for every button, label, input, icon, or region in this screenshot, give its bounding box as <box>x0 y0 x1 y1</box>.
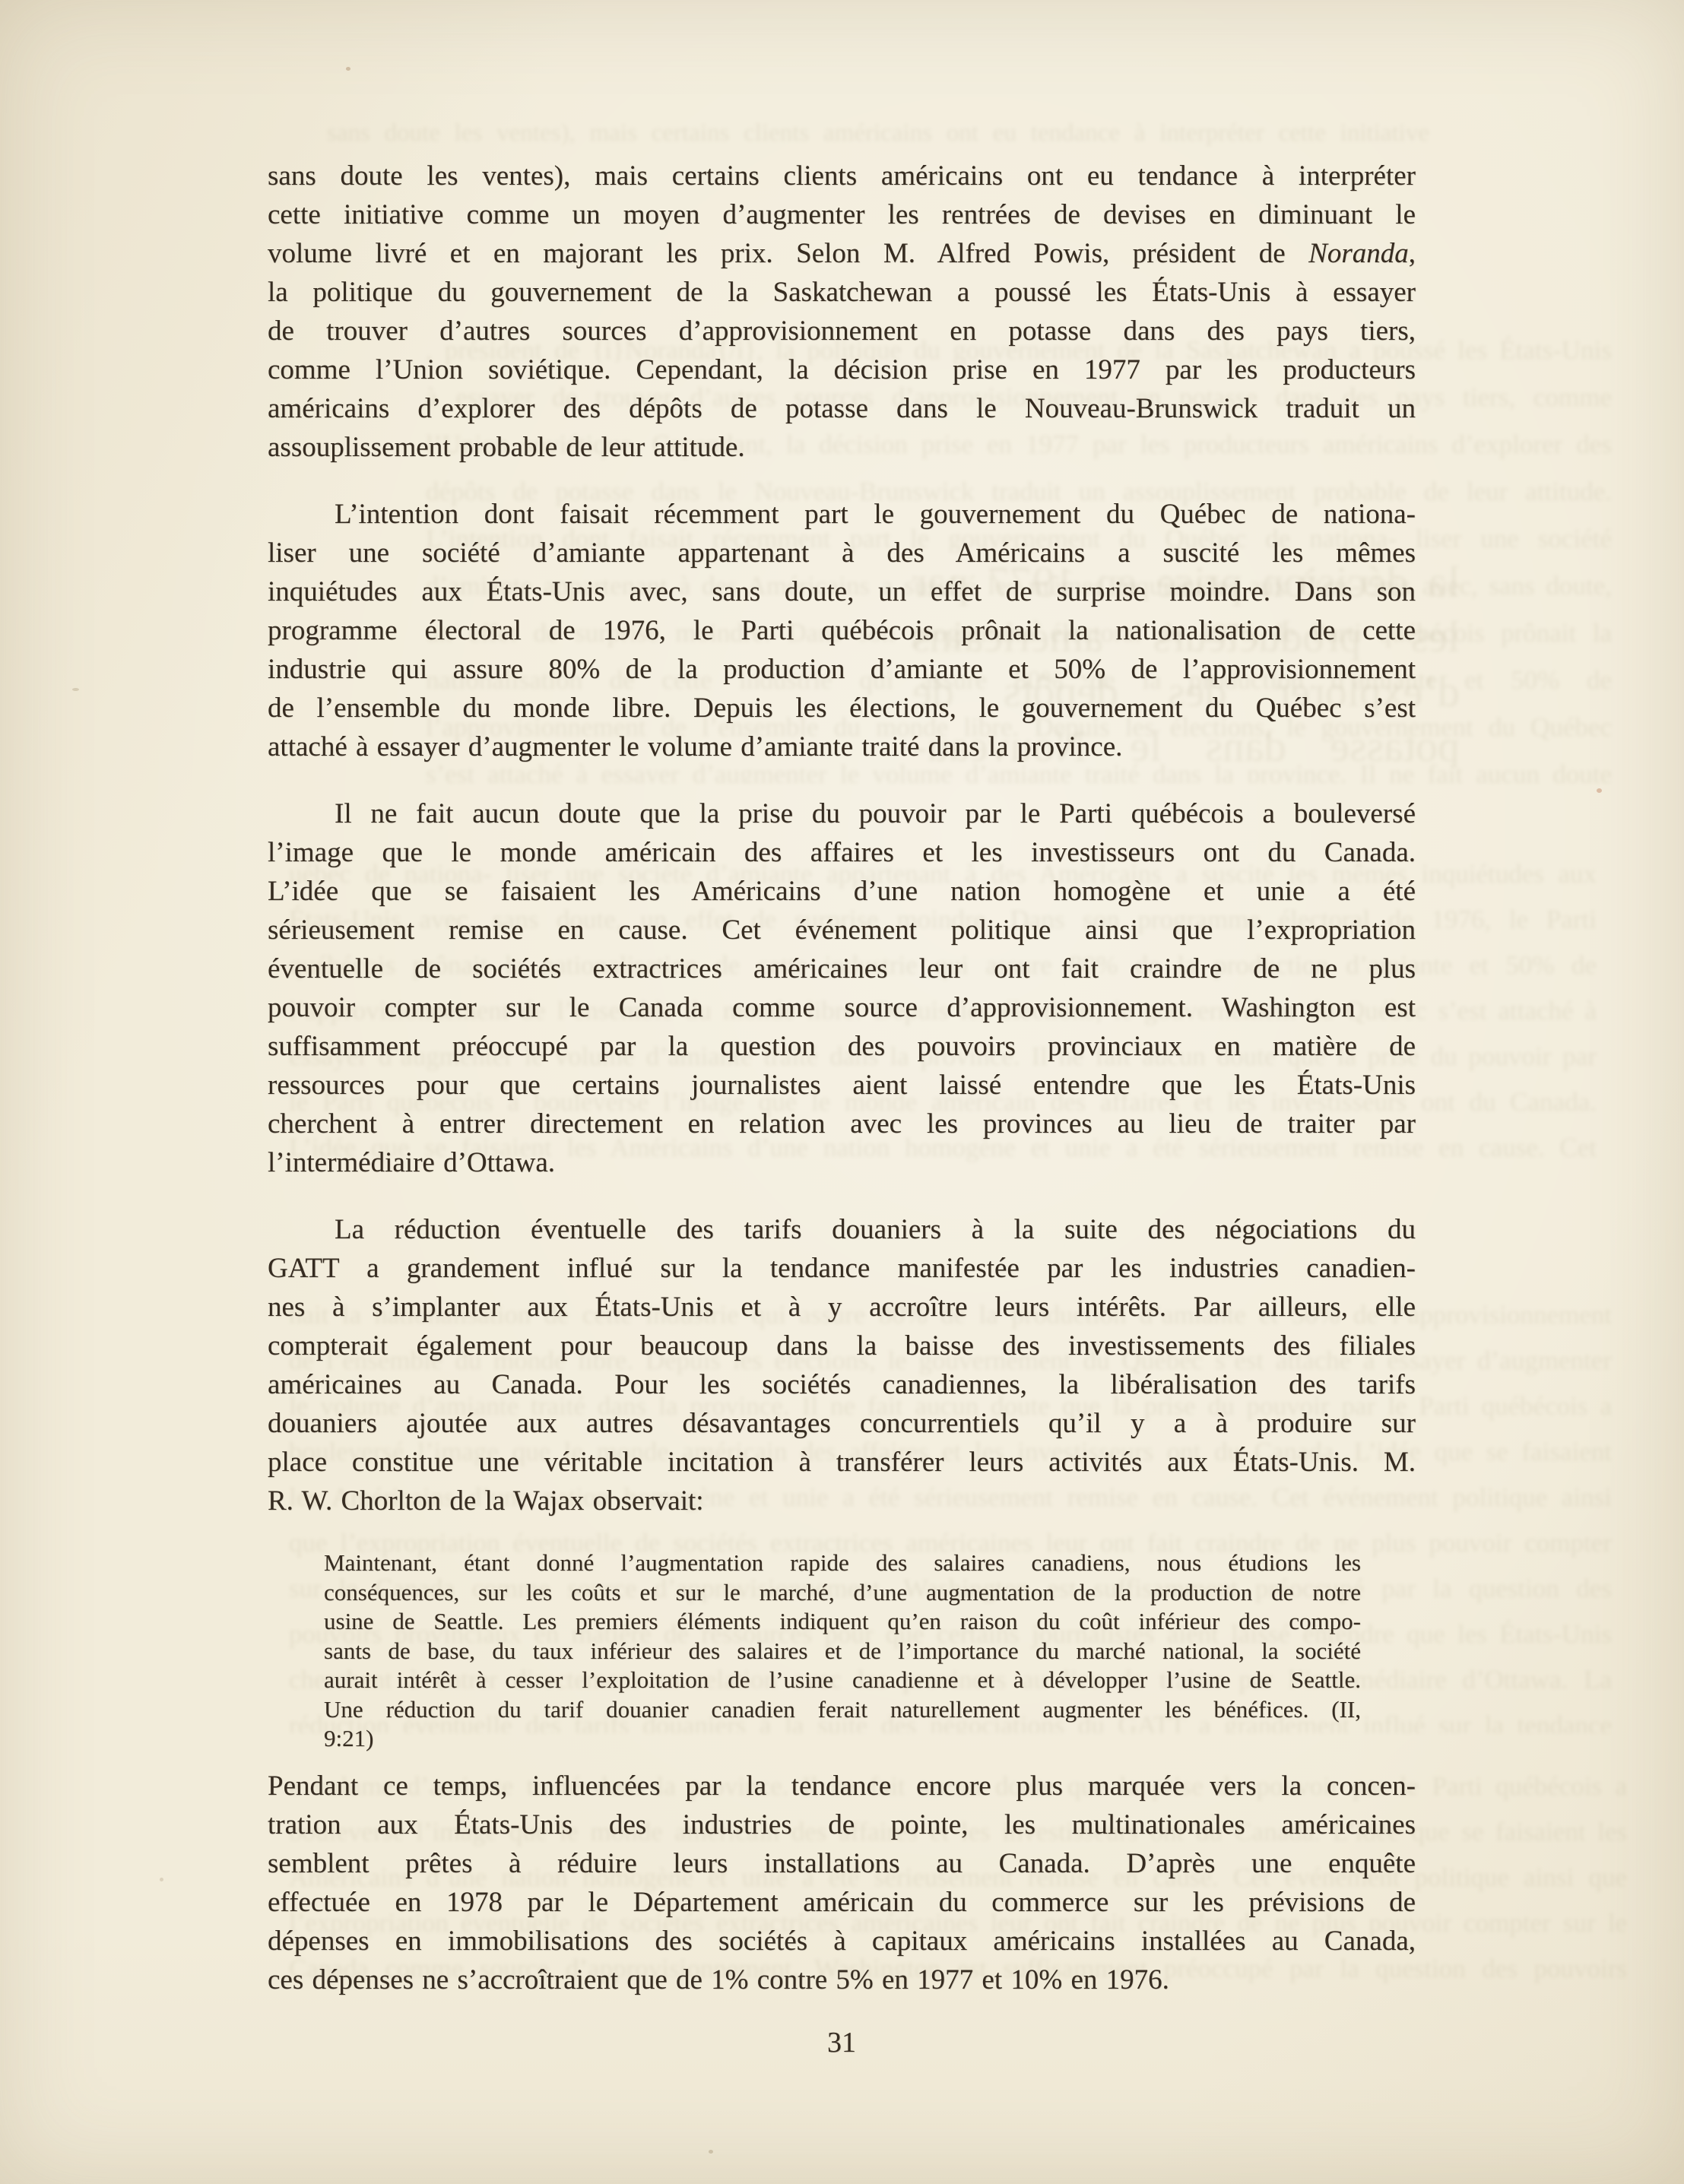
text-line: L’intention dont faisait récemment part … <box>268 495 1416 534</box>
text-line: compterait également pour beaucoup dans … <box>268 1327 1416 1365</box>
text-line: éventuelle de sociétés extractrices amér… <box>268 949 1416 988</box>
text-line: GATT a grandement influé sur la tendance… <box>268 1249 1416 1288</box>
text-line: R. W. Chorlton de la Wajax observait: <box>268 1482 1416 1520</box>
text-line: la politique du gouvernement de la Saska… <box>268 273 1416 312</box>
text-line: nes à s’implanter aux États-Unis et à y … <box>268 1288 1416 1327</box>
text-line: douaniers ajoutée aux autres désavantage… <box>268 1404 1416 1443</box>
paragraph: Il ne fait aucun doute que la prise du p… <box>268 794 1416 1182</box>
scanned-page: sans doute les ventes), mais certains cl… <box>0 0 1684 2184</box>
text-line: l’intermédiaire d’Ottawa. <box>268 1143 1416 1182</box>
text-line: pouvoir compter sur le Canada comme sour… <box>268 988 1416 1027</box>
text-line: tration aux États-Unis des industries de… <box>268 1805 1416 1844</box>
text-line: semblent prêtes à réduire leurs installa… <box>268 1844 1416 1883</box>
text-line: ces dépenses ne s’accroîtraient que de 1… <box>268 1961 1416 1999</box>
text-line: comme l’Union soviétique. Cependant, la … <box>268 350 1416 389</box>
text-line: suffisamment préoccupé par la question d… <box>268 1027 1416 1066</box>
text-line: volume livré et en majorant les prix. Se… <box>268 234 1416 273</box>
text-block: sans doute les ventes), mais certains cl… <box>268 0 1416 2027</box>
text-line: ressources pour que certains journaliste… <box>268 1066 1416 1105</box>
text-line: conséquences, sur les coûts et sur le ma… <box>324 1578 1361 1608</box>
text-line: sérieusement remise en cause. Cet événem… <box>268 911 1416 949</box>
text-line: industrie qui assure 80% de la productio… <box>268 650 1416 689</box>
text-line: cette initiative comme un moyen d’augmen… <box>268 195 1416 234</box>
text-line: dépenses en immobilisations des sociétés… <box>268 1922 1416 1961</box>
text-line: Une réduction du tarif douanier canadien… <box>324 1695 1361 1725</box>
text-line: Il ne fait aucun doute que la prise du p… <box>268 794 1416 833</box>
page-number: 31 <box>268 2024 1416 2062</box>
text-line: place constitue une véritable incitation… <box>268 1443 1416 1482</box>
text-line: La réduction éventuelle des tarifs douan… <box>268 1210 1416 1249</box>
text-line: Maintenant, étant donné l’augmentation r… <box>324 1548 1361 1578</box>
text-line: américains d’explorer des dépôts de pota… <box>268 389 1416 428</box>
paragraph: Pendant ce temps, influencées par la ten… <box>268 1767 1416 1999</box>
text-line: de l’ensemble du monde libre. Depuis les… <box>268 689 1416 727</box>
text-line: sans doute les ventes), mais certains cl… <box>268 157 1416 195</box>
text-line: effectuée en 1978 par le Département amé… <box>268 1883 1416 1922</box>
text-line: l’image que le monde américain des affai… <box>268 833 1416 872</box>
paragraph: La réduction éventuelle des tarifs douan… <box>268 1210 1416 1520</box>
text-line: liser une société d’amiante appartenant … <box>268 534 1416 572</box>
text-line: cherchent à entrer directement en relati… <box>268 1105 1416 1143</box>
text-line: programme électoral de 1976, le Parti qu… <box>268 611 1416 650</box>
text-line: assouplissement probable de leur attitud… <box>268 428 1416 467</box>
text-line: L’idée que se faisaient les Américains d… <box>268 872 1416 911</box>
text-line: Pendant ce temps, influencées par la ten… <box>268 1767 1416 1805</box>
text-line: 9:21) <box>324 1724 1361 1754</box>
text-line: usine de Seattle. Les premiers éléments … <box>324 1607 1361 1637</box>
text-line: inquiétudes aux États-Unis avec, sans do… <box>268 572 1416 611</box>
text-line: aurait intérêt à cesser l’exploitation d… <box>324 1666 1361 1695</box>
text-line: sants de base, du taux inférieur des sal… <box>324 1637 1361 1666</box>
paragraph: sans doute les ventes), mais certains cl… <box>268 157 1416 467</box>
text-line: de trouver d’autres sources d’approvisio… <box>268 312 1416 350</box>
block-quote: Maintenant, étant donné l’augmentation r… <box>324 1548 1361 1754</box>
paragraph: L’intention dont faisait récemment part … <box>268 495 1416 766</box>
text-line: attaché à essayer d’augmenter le volume … <box>268 727 1416 766</box>
text-line: américaines au Canada. Pour les sociétés… <box>268 1365 1416 1404</box>
